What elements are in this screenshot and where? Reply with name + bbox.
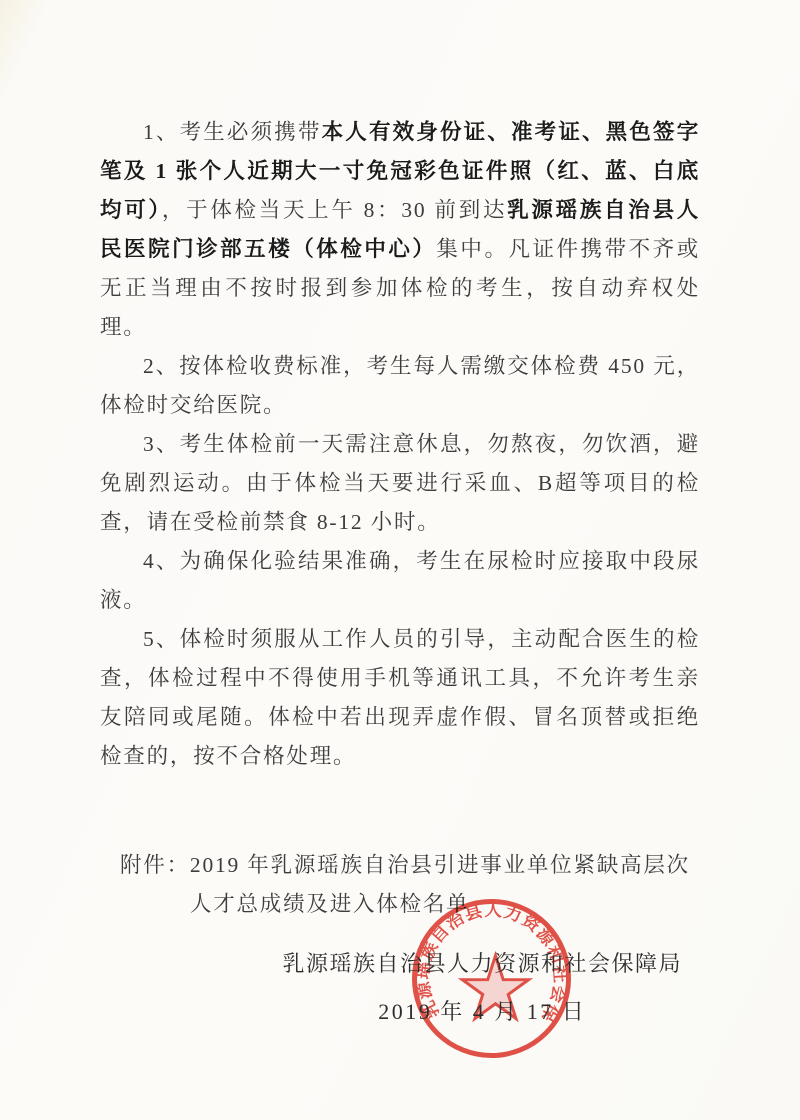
paragraph: 5、体检时须服从工作人员的引导，主动配合医生的检查，体检过程中不得使用手机等通讯… [100, 620, 700, 776]
signature-date: 2019 年 4 月 17 日 [282, 996, 682, 1028]
paragraph: 1、考生必须携带本人有效身份证、准考证、黑色签字笔及 1 张个人近期大一寸免冠彩… [100, 113, 700, 347]
text-run: 2、按体检收费标准，考生每人需缴交体检费 450 元，体检时交给医院。 [100, 354, 700, 417]
paragraph: 4、为确保化验结果准确，考生在尿检时应接取中段尿液。 [100, 542, 700, 620]
document-body: 1、考生必须携带本人有效身份证、准考证、黑色签字笔及 1 张个人近期大一寸免冠彩… [100, 113, 700, 924]
attachment-label: 附件： [120, 846, 190, 924]
text-run: 4、为确保化验结果准确，考生在尿检时应接取中段尿液。 [100, 549, 700, 612]
text-run: 3、考生体检前一天需注意休息，勿熬夜，勿饮酒，避免剧烈运动。由于体检当天要进行采… [100, 432, 700, 534]
attachment-block: 附件： 2019 年乳源瑶族自治县引进事业单位紧缺高层次 人才总成绩及进入体检名… [100, 846, 700, 924]
text-run: 1、考生必须携带 [143, 120, 322, 144]
attachment-line-1: 2019 年乳源瑶族自治县引进事业单位紧缺高层次 [190, 846, 690, 885]
paragraphs: 1、考生必须携带本人有效身份证、准考证、黑色签字笔及 1 张个人近期大一寸免冠彩… [100, 113, 700, 776]
signature-org: 乳源瑶族自治县人力资源和社会保障局 [282, 948, 682, 980]
paragraph: 2、按体检收费标准，考生每人需缴交体检费 450 元，体检时交给医院。 [100, 347, 700, 425]
paragraph: 3、考生体检前一天需注意休息，勿熬夜，勿饮酒，避免剧烈运动。由于体检当天要进行采… [100, 425, 700, 542]
document-page: 1、考生必须携带本人有效身份证、准考证、黑色签字笔及 1 张个人近期大一寸免冠彩… [0, 0, 800, 1120]
signature-block: 乳源瑶族自治县人力资源和社会保障局 2019 年 4 月 17 日 [282, 948, 682, 1028]
text-run: 5、体检时须服从工作人员的引导，主动配合医生的检查，体检过程中不得使用手机等通讯… [100, 627, 700, 768]
text-run: ，于体检当天上午 8：30 前到达 [162, 198, 507, 222]
